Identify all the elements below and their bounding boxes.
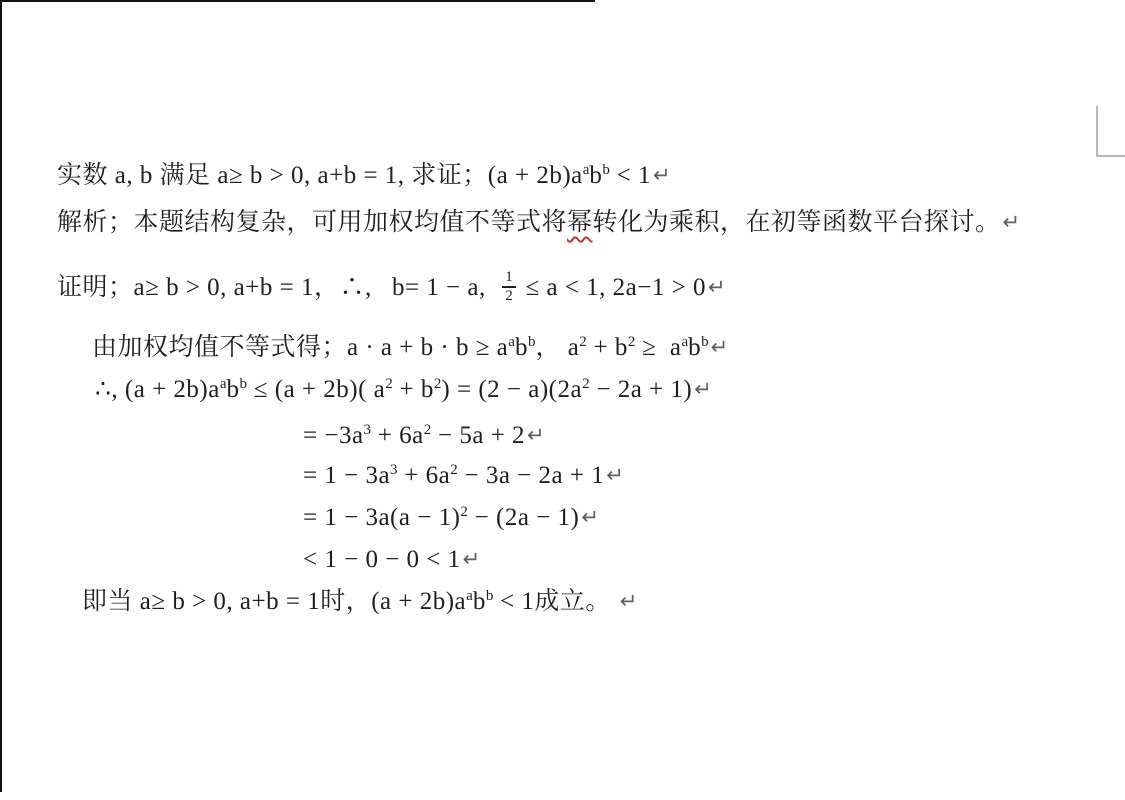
paragraph-return-mark: ↵ (525, 423, 545, 447)
fraction-numerator: 1 (502, 269, 516, 288)
text-run: − 2a + 1) (590, 376, 693, 403)
superscript: b (602, 162, 610, 178)
text-run: b (688, 334, 701, 361)
analysis-line: 解析；本题结构复杂，可用加权均值不等式将幂转化为乘积，在初等函数平台探讨。↵ (57, 207, 1021, 238)
conclusion-line: 即当 a≥ b > 0, a+b = 1时，(a + 2b)aabb < 1成立… (82, 586, 638, 617)
text-run: 由加权均值不等式得；a · a + b · b ≥ a (92, 334, 508, 361)
screenshot-top-border (0, 0, 595, 2)
text-run: ， a (535, 334, 579, 361)
text-run: ≤ a < 1, 2a−1 > 0 (519, 274, 706, 301)
superscript: a (466, 588, 473, 604)
superscript: 2 (460, 504, 468, 520)
text-run: ≤ (a + 2b)( a (247, 376, 385, 403)
factorization-line: = 1 − 3a(a − 1)2 − (2a − 1)↵ (303, 502, 599, 533)
paragraph-return-mark: ↵ (651, 163, 671, 187)
expansion-line-2: = 1 − 3a3 + 6a2 − 3a − 2a + 1↵ (303, 460, 624, 491)
text-run: b (515, 334, 528, 361)
paragraph-return-mark: ↵ (706, 275, 726, 299)
paragraph-return-mark: ↵ (692, 377, 712, 401)
expansion-line-1: = −3a3 + 6a2 − 5a + 2↵ (303, 420, 545, 451)
superscript: 2 (579, 334, 587, 350)
paragraph-return-mark: ↵ (709, 335, 729, 359)
margin-crop-mark-vertical (1096, 106, 1098, 157)
text-run: = 1 − 3a(a − 1) (303, 504, 460, 531)
superscript: a (508, 334, 515, 350)
text-run: b (589, 162, 602, 189)
paragraph-return-mark: ↵ (579, 505, 599, 529)
superscript: b (240, 376, 248, 392)
text-run: + b (587, 334, 628, 361)
text-run: 转化为乘积，在初等函数平台探讨。 (593, 209, 1001, 236)
text-run: + b (393, 376, 434, 403)
superscript: a (220, 376, 227, 392)
text-run: ≥ a (635, 334, 681, 361)
superscript: 2 (385, 376, 393, 392)
margin-crop-mark-horizontal (1096, 155, 1125, 157)
superscript: 2 (582, 376, 590, 392)
text-run: = −3a (303, 422, 364, 449)
fraction-denominator: 2 (502, 288, 516, 305)
text-run: 即当 a≥ b > 0, a+b = 1时，(a + 2b)a (82, 588, 466, 615)
text-run: < 1 − 0 − 0 < 1 (303, 546, 461, 573)
bound-line: < 1 − 0 − 0 < 1↵ (303, 544, 481, 575)
document-page[interactable]: 实数 a, b 满足 a≥ b > 0, a+b = 1, 求证；(a + 2b… (0, 0, 1125, 800)
text-run: ) = (2 − a)(2a (441, 376, 582, 403)
text-run: 解析；本题结构复杂，可用加权均值不等式将 (57, 209, 567, 236)
text-run: + 6a (371, 422, 424, 449)
paragraph-return-mark: ↵ (618, 589, 638, 613)
text-run: + 6a (398, 462, 451, 489)
spellcheck-flagged-text: 幂 (567, 209, 593, 236)
superscript: 2 (450, 462, 458, 478)
text-run: 证明；a≥ b > 0, a+b = 1，∴, b= 1 − a, (57, 274, 499, 301)
superscript: 3 (390, 462, 398, 478)
paragraph-return-mark: ↵ (461, 547, 481, 571)
text-run: − 5a + 2 (431, 422, 525, 449)
text-run: − (2a − 1) (468, 504, 579, 531)
text-run: 实数 a, b 满足 a≥ b > 0, a+b = 1, 求证；(a + 2b… (57, 162, 583, 189)
text-run: − 3a − 2a + 1 (458, 462, 605, 489)
text-run: b (473, 588, 486, 615)
text-run: = 1 − 3a (303, 462, 390, 489)
problem-statement-line: 实数 a, b 满足 a≥ b > 0, a+b = 1, 求证；(a + 2b… (57, 160, 671, 191)
proof-setup-line: 证明；a≥ b > 0, a+b = 1，∴, b= 1 − a, 12 ≤ a… (57, 272, 726, 307)
paragraph-return-mark: ↵ (1001, 210, 1021, 234)
text-run: < 1成立。 (493, 588, 617, 615)
superscript: 3 (364, 422, 372, 438)
inequality-chain-line: ∴, (a + 2b)aabb ≤ (a + 2b)( a2 + b2) = (… (95, 374, 712, 405)
screenshot-left-border (0, 0, 2, 792)
text-run: ∴, (a + 2b)a (95, 376, 220, 403)
paragraph-return-mark: ↵ (604, 463, 624, 487)
weighted-mean-line: 由加权均值不等式得；a · a + b · b ≥ aabb， a2 + b2 … (92, 332, 729, 363)
text-run: b (227, 376, 240, 403)
fraction-one-half: 12 (502, 269, 516, 304)
superscript: b (701, 334, 709, 350)
text-run: < 1 (610, 162, 651, 189)
